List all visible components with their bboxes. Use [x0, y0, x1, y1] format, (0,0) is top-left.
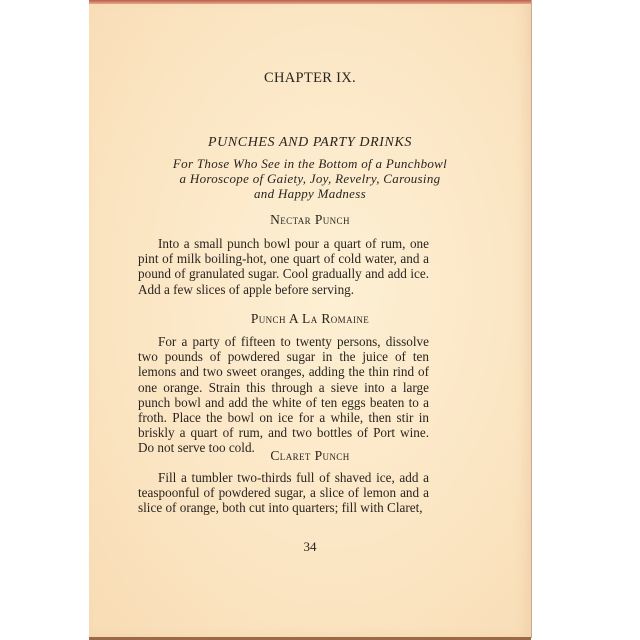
page-top-edge — [89, 0, 531, 4]
subtitle-line: For Those Who See in the Bottom of a Pun… — [89, 156, 531, 171]
subtitle-line: and Happy Madness — [89, 186, 531, 201]
recipe-title-punch-a-la-romaine: Punch A La Romaine — [89, 311, 531, 327]
subtitle-line: a Horoscope of Gaiety, Joy, Revelry, Car… — [89, 171, 531, 186]
recipe-body-nectar-punch: Into a small punch bowl pour a quart of … — [138, 236, 429, 297]
recipe-body-punch-a-la-romaine: For a party of fifteen to twenty persons… — [138, 334, 429, 456]
recipe-title-nectar-punch: Nectar Punch — [89, 212, 531, 228]
section-title: PUNCHES AND PARTY DRINKS — [89, 135, 531, 151]
page-number: 34 — [89, 539, 531, 555]
section-subtitle: For Those Who See in the Bottom of a Pun… — [89, 156, 531, 201]
recipe-title-claret-punch: Claret Punch — [89, 448, 531, 464]
chapter-heading: CHAPTER IX. — [89, 70, 531, 87]
recipe-body-claret-punch: Fill a tumbler two-thirds full of shaved… — [138, 470, 429, 516]
book-page: CHAPTER IX. PUNCHES AND PARTY DRINKS For… — [89, 0, 532, 638]
